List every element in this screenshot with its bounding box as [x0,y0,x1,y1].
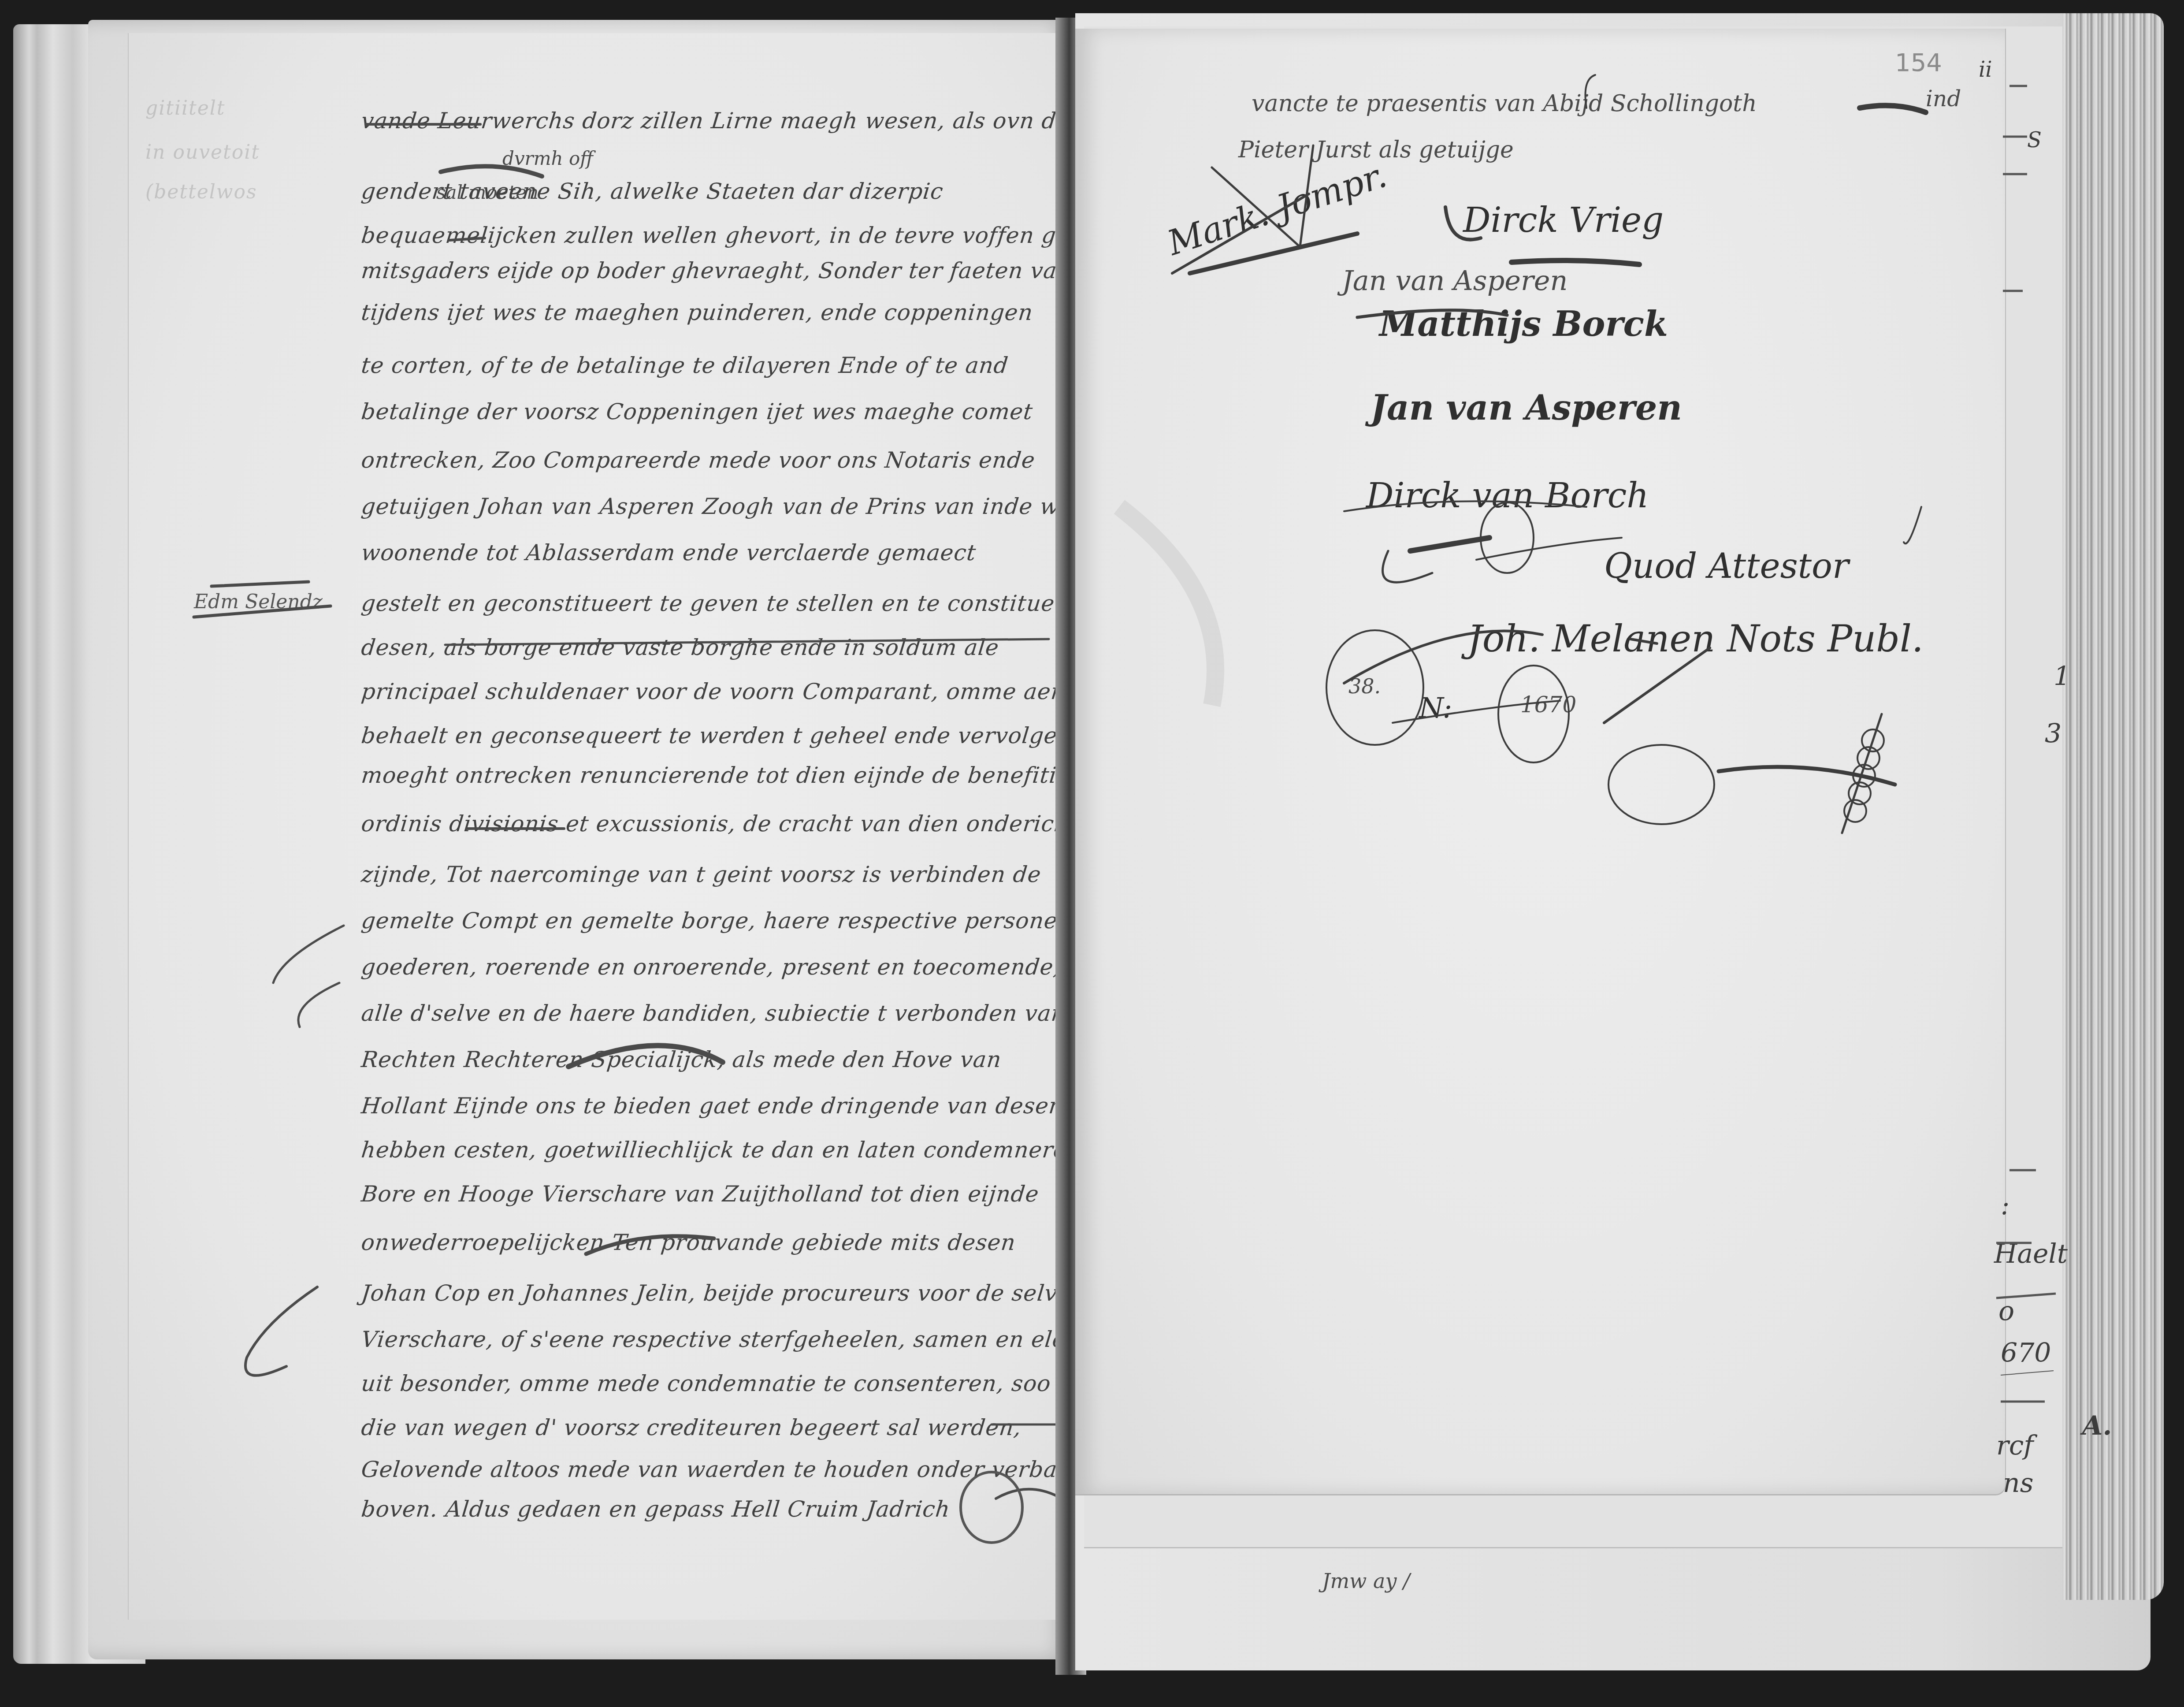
manuscript-line-with-deletion: die van wegen d' voorsz crediteuren bege… [360,1415,1023,1440]
attestation-year: 1670 [1520,692,1576,718]
open-register-book: gitiitelt in ouvetoit (bettelwos dvrmh o… [0,0,2184,1707]
manuscript-line: behaelt en geconsequeert te werden t geh… [360,723,1102,748]
manuscript-line: uit besonder, omme mede condemnatie te c… [360,1371,1129,1396]
manuscript-line-closing: boven. Aldus gedaen en gepass Hell Cruim… [360,1496,951,1522]
edge-fragment: ns [2003,1468,2033,1499]
manuscript-line: Rechten Rechteren Specialijck, als mede … [360,1047,1003,1072]
edge-fragment: : [2001,1190,2009,1221]
bleed-through-text: in ouvetoit [145,141,366,164]
closing-line: vancte te praesentis van Abijd Scholling… [1252,90,1757,117]
manuscript-line: gendert taveene Sih, alwelke Staeten dar… [360,179,945,204]
lower-leaf-fragment: Jmw ay / [1322,1569,1410,1593]
manuscript-line-with-deletion: ordinis divisionis et excussionis, de cr… [360,811,1070,837]
edge-fragment: rcf [1996,1430,2034,1461]
manuscript-line: getuijgen Johan van Asperen Zoogh van de… [360,494,1074,519]
interlinear-insertion: dvrmh off [502,148,593,169]
signature-dirck-van-borch: Dirck van Borch [1366,476,1649,516]
manuscript-line: principael schuldenaer voor de voorn Com… [360,679,1089,704]
manuscript-line: onwederroepelijcken Ten prouvande gebied… [360,1230,1017,1255]
manuscript-line: Gelovende altoos mede van waerden te hou… [360,1457,1123,1482]
attestation-formula: Quod Attestor [1604,547,1849,586]
edge-fragment: 1 [2054,661,2070,692]
manuscript-line: tijdens ijet wes te maeghen puinderen, e… [360,300,1034,325]
signature-jan-van-asperen: Jan van Asperen [1371,388,1682,428]
manuscript-line: gestelt en geconstitueert te geven te st… [360,591,1095,616]
edge-fragment: S [2027,128,2042,152]
manuscript-line: moeght ontrecken renuncierende tot dien … [360,762,1086,788]
closing-line-suffix: ind [1926,86,1961,112]
edge-fragment: o [1998,1296,2014,1327]
manuscript-line-with-deletion: desen, als borge ende vaste borghe ende … [360,635,1000,660]
manuscript-line: gemelte Compt en gemelte borge, haere re… [360,908,1137,933]
edge-fragment: 670 [2001,1338,2051,1369]
margin-note: Edm Selendz [194,591,323,613]
manuscript-line: hebben cesten, goetwilliechlijck te dan … [360,1137,1172,1163]
signature-jan-van-asperen-light: Jan van Asperen [1342,264,1567,297]
manuscript-line: zijnde, Tot naercominge van t geint voor… [360,862,1043,887]
notary-mark-abbrev: N: [1419,692,1452,725]
manuscript-line: ontrecken, Zoo Compareerde mede voor ons… [360,447,1036,473]
edge-fragment: ii [1979,57,1992,82]
notary-signature: Joh. Melanen Nots Publ. [1467,617,1924,660]
manuscript-line: Vierschare, of s'eene respective sterfge… [360,1327,1165,1352]
manuscript-line: vande Leurwerchs dorz zillen Lirne maegh… [360,108,1065,134]
manuscript-line: te corten, of te de betalinge te dilayer… [360,353,1010,378]
manuscript-line: bequaemelijcken zullen wellen ghevort, i… [360,223,1114,248]
manuscript-line: Bore en Hooge Vierschare van Zuijthollan… [360,1181,1040,1207]
edge-fragment: 3 [2045,718,2061,749]
manuscript-line: Hollant Eijnde ons te bieden gaet ende d… [360,1093,1095,1119]
manuscript-line: alle d'selve en de haere bandiden, subie… [360,1000,1131,1026]
bleed-through-text: gitiitelt [145,97,366,119]
manuscript-line: betalinge der voorsz Coppeningen ijet we… [360,399,1034,424]
manuscript-line: Johan Cop en Johannes Jelin, beijde proc… [360,1280,1072,1306]
notary-mark-number: 38. [1348,674,1381,698]
signature-dirck-vrieg: Dirck Vrieg [1463,201,1664,240]
bleed-through-text: (bettelwos [145,181,366,203]
signature-matthijs-borck: Matthijs Borck [1379,304,1668,344]
edge-fragment: A. [2082,1410,2112,1441]
manuscript-line: mitsgaders eijde op boder ghevraeght, So… [360,258,1122,283]
edge-fragment: Haelt [1994,1238,2068,1269]
manuscript-line: woonende tot Ablasserdam ende verclaerde… [360,540,977,565]
right-page-stack-edges [2062,13,2164,1600]
folio-number: 154 [1895,48,1942,77]
